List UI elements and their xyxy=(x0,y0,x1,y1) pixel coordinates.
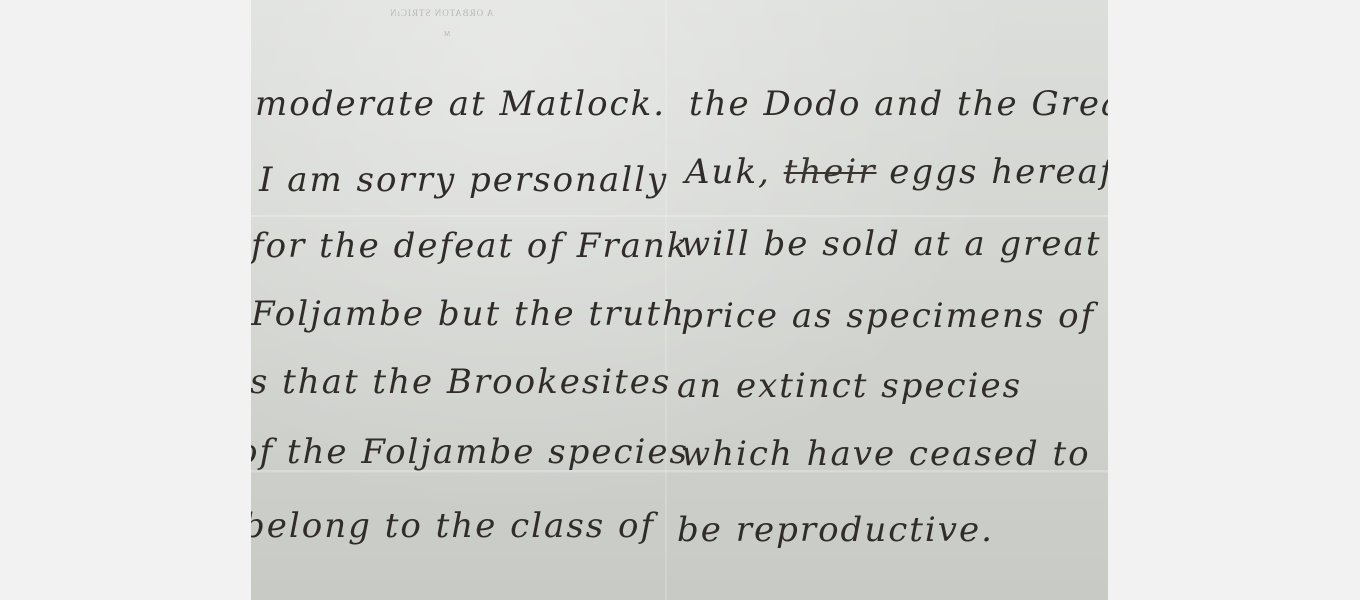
handwritten-line: moderate at Matlock. xyxy=(255,84,666,124)
bleed-through-mark: M xyxy=(443,30,450,38)
handwritten-line: Foljambe but the truth xyxy=(251,294,686,334)
handwritten-line: for the defeat of Frank xyxy=(251,226,689,266)
handwritten-line: which have ceased to xyxy=(681,434,1091,474)
bleed-through-letterhead: A ORBATON STRICıN xyxy=(389,8,493,18)
handwritten-line: of the Foljambe species xyxy=(251,432,689,472)
handwritten-line: an extinct species xyxy=(677,366,1022,406)
letter-photo: A ORBATON STRICıN M moderate at Matlock.… xyxy=(251,0,1108,600)
handwritten-line: belong to the class of xyxy=(251,506,655,546)
struck-out-word: their xyxy=(784,152,877,192)
paper-fold-line xyxy=(251,215,1108,218)
handwritten-line: Auk, their eggs hereafter xyxy=(685,152,1108,192)
handwritten-line: is that the Brookesites xyxy=(251,362,671,402)
handwritten-line: be reproductive. xyxy=(677,510,994,550)
handwritten-word: eggs hereafter xyxy=(876,152,1108,192)
handwritten-word: Auk, xyxy=(685,152,784,192)
handwritten-line: the Dodo and the Great xyxy=(689,84,1108,124)
handwritten-line: price as specimens of xyxy=(681,296,1095,336)
handwritten-line: will be sold at a great xyxy=(681,224,1101,264)
handwritten-line: I am sorry personally xyxy=(259,160,668,200)
page-canvas: A ORBATON STRICıN M moderate at Matlock.… xyxy=(0,0,1360,600)
